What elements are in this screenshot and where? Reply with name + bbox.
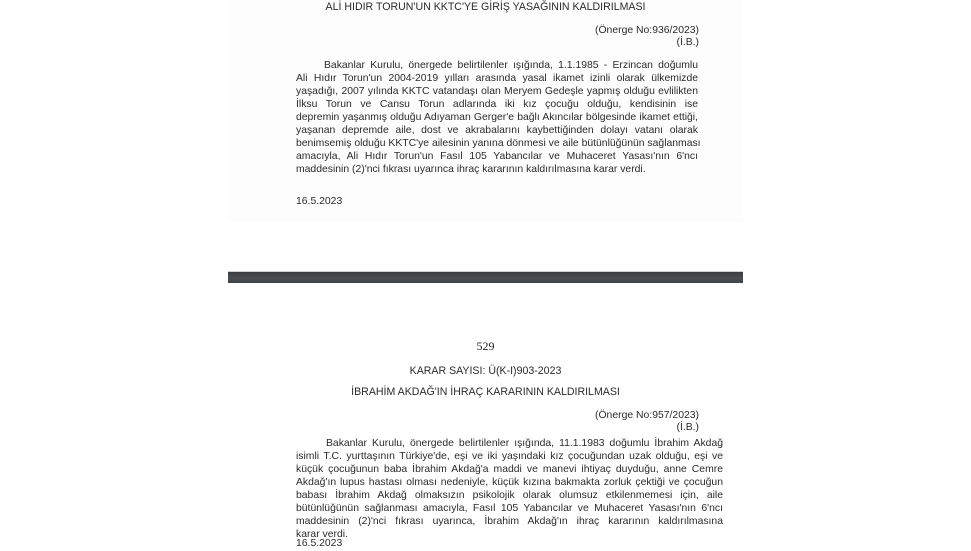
document-page-bottom: 529 KARAR SAYISI: Ü(K-I)903-2023 İBRAHİM… — [228, 283, 743, 551]
paragraph-line: babası İbrahim Akdağ olmaksızın psikoloj… — [296, 489, 723, 502]
paragraph-line: isimli T.C. yurttaşının Türkiye'de, eşi … — [296, 450, 723, 463]
paragraph-line: Ali Hıdır Torun'un 2004-2019 yılları ara… — [296, 72, 698, 85]
paragraph-line: Bakanlar Kurulu, önergede belirtilenler … — [296, 437, 723, 450]
initials: (İ.B.) — [676, 36, 699, 49]
paragraph-line: küçük çocuğunun baba İbrahim Akdağ'a mad… — [296, 463, 723, 476]
decision-paragraph: Bakanlar Kurulu, önergede belirtilenler … — [296, 437, 723, 541]
decision-date: 16.5.2023 — [296, 537, 342, 550]
document-page-top: ALİ HIDIR TORUN'UN KKTC'YE GİRİŞ YASAĞIN… — [228, 0, 743, 222]
paragraph-line: depremin yaşanmış olduğu Adıyaman Gerger… — [296, 111, 698, 124]
paragraph-line: Akdağ'ın lupus hastası olması nedeniyle,… — [296, 476, 723, 489]
page-number: 529 — [228, 340, 743, 353]
paragraph-line: amacıyla, Ali Hıdır Torun'un Fasıl 105 Y… — [296, 150, 698, 163]
paragraph-line: karar verdi. — [296, 528, 723, 541]
paragraph-line: yaşanan depremde aile, dost ve akrabalar… — [296, 124, 698, 137]
paragraph-line: yaşadığı, 2007 yılında KKTC vatandaşı ol… — [296, 85, 698, 98]
paragraph-line: benimsemiş olduğu KKTC'ye ailesinin yanı… — [296, 137, 698, 150]
paragraph-line: Bakanlar Kurulu, önergede belirtilenler … — [296, 59, 698, 72]
decision-paragraph: Bakanlar Kurulu, önergede belirtilenler … — [296, 59, 698, 176]
decision-number: KARAR SAYISI: Ü(K-I)903-2023 — [228, 365, 743, 378]
decision-date: 16.5.2023 — [296, 195, 342, 208]
paragraph-line: bütünlüğünün sağlanması amacıyla, Fasıl … — [296, 502, 723, 515]
paragraph-line: maddesinin (2)'nci fıkrası uyarınca, İbr… — [296, 515, 723, 528]
initials: (İ.B.) — [676, 421, 699, 434]
decision-title: ALİ HIDIR TORUN'UN KKTC'YE GİRİŞ YASAĞIN… — [228, 1, 743, 14]
paragraph-line: İlksu Torun ve Cansu Torun adlarında iki… — [296, 98, 698, 111]
decision-title: İBRAHİM AKDAĞ'IN İHRAÇ KARARININ KALDIRI… — [228, 386, 743, 399]
paragraph-line: maddesinin (2)'nci fıkrası uyarınca ihra… — [296, 163, 698, 176]
